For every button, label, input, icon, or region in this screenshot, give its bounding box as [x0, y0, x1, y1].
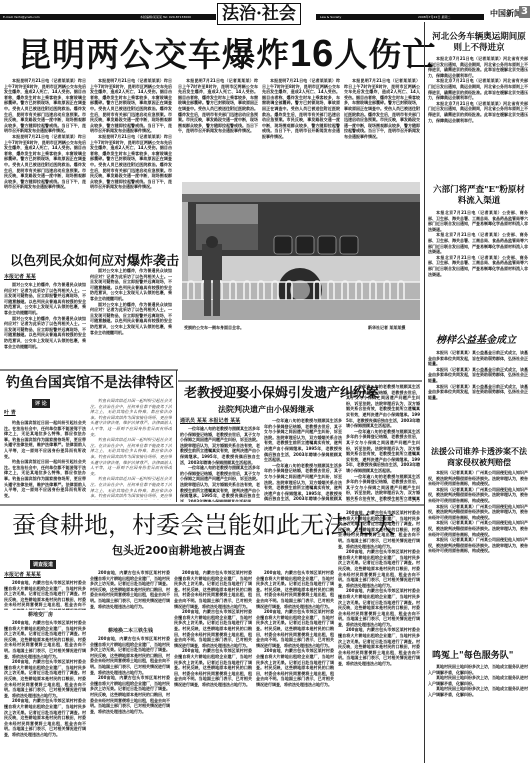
- section-title: 法治·社会: [217, 3, 301, 25]
- bottom-story-subsection-2: 耕地换二本三铁生钱: [108, 628, 153, 634]
- right-story-1-body: 本报北京7月21日电（记者某某某）河北省有关部门近日发出通知，奥运会期间，河北省…: [428, 56, 528, 176]
- lead-headline: 昆明两公交车爆炸16人伤亡: [18, 34, 436, 75]
- lead-story-col-4: 本报昆明7月21日电（记者某某某）昨日上午7时许至8时许，昆明市区两辆公交车先后…: [262, 78, 340, 176]
- israel-story-col-2: 面对公交车上的爆炸，作为普通民众该如何应对？记者为此采访了以色列相关人士。一旦发…: [90, 268, 172, 354]
- right-story-4-headline: 法援公司谁养卡透涉案不法商家侵权被判赔偿: [430, 446, 528, 468]
- page-number: 3: [519, 6, 530, 18]
- bottom-story-col-1b: 200亩地，内蒙古包头市郊区某村村委会擅自将大片耕地出租给企业建厂，当地村民多次…: [4, 620, 86, 760]
- masthead-right-bar: Law & Society 2008年7月22日 星期二: [316, 14, 484, 20]
- israel-story-col-1: 面对公交车上的爆炸，作为普通民众该如何应对？记者为此采访了以色列相关人士。一旦发…: [4, 282, 86, 354]
- photo-illustration: [182, 182, 420, 320]
- bottom-story-byline: 本报记者 某某某: [4, 572, 41, 578]
- story-2-subhead: 法院判决遗产由小保姆继承: [218, 404, 314, 415]
- bottom-story-col-1a: 200亩地，内蒙古包头市郊区某村村委会擅自将大片耕地出租给企业建厂，当地村民多次…: [4, 580, 86, 610]
- masthead-email: E-mail: fazhi@ycwb.com: [3, 15, 40, 19]
- bottom-story-subsection-1: 耕地变厂房: [28, 612, 53, 618]
- story-2-col-1: 一位年逾八旬的老教授与照顾其生活多年的小保姆登记结婚，老教授去世后，其子女与小保…: [180, 426, 260, 502]
- lead-story-col-2: 本报昆明7月21日电（记者某某某）昨日上午7时许至8时许，昆明市区两辆公交车先后…: [90, 78, 172, 226]
- lead-headline-part1: 昆明两公交车爆炸: [18, 35, 290, 74]
- divider-bottom-story: [0, 504, 424, 506]
- lead-headline-part2: 人伤亡: [334, 35, 436, 74]
- story-2-byline: 通讯员 某某 本报记者 某某: [180, 418, 240, 424]
- masthead-left-bar: E-mail: fazhi@ycwb.com 本版编辑/某某某 Tel: 020…: [0, 14, 216, 20]
- commentary-col-1: 钓鱼台国宾馆近日因一起纠纷引起社会关注。在法治社会中，任何单位都不能凌驾于法律之…: [4, 420, 86, 500]
- bus-explosion-photo: [182, 182, 420, 320]
- story-2-col-3: 一位年逾八旬的老教授与照顾其生活多年的小保姆登记结婚，老教授去世后，其子女与小保…: [346, 384, 420, 502]
- paper-logo: 中国新闻: [490, 8, 522, 19]
- photo-credit: 新华社记者 某某某摄: [368, 325, 405, 331]
- right-story-5-headline: 鸣冤上"每色服务队": [432, 650, 513, 662]
- lead-headline-number: 16: [290, 33, 334, 75]
- story-2-col-2: 一位年逾八旬的老教授与照顾其生活多年的小保姆登记结婚，老教授去世后，其子女与小保…: [264, 418, 342, 502]
- bottom-story-col-2a: 200亩地，内蒙古包头市郊区某村村委会擅自将大片耕地出租给企业建厂，当地村民多次…: [90, 570, 170, 626]
- issue-date: 2008年7月22日 星期二: [418, 15, 450, 19]
- lead-story-col-5: 本报昆明7月21日电（记者某某某）昨日上午7时许至8时许，昆明市区两辆公交车先后…: [344, 78, 420, 176]
- bottom-story-tag: 调查报道: [30, 560, 56, 569]
- right-story-1-headline: 河北公务车辆奥运期间原则上不得进京: [430, 32, 528, 54]
- photo-caption: 受损的公交车一侧车身面目全非。: [184, 325, 244, 331]
- right-story-2-headline: 六部门将严查"E"粉原材料流入渠道: [430, 185, 528, 207]
- divider-story-2: [178, 380, 422, 382]
- right-story-4-body: 本报讯（记者某某某）广州某公司因侵犯他人知识产权，被法院判决赔偿原告经济损失。法…: [428, 470, 528, 650]
- section-english: Law & Society: [320, 15, 341, 19]
- right-story-2-body: 本报北京7月21日电（记者某某）公安部、商务部、卫生部、海关总署、工商总局、食品…: [428, 210, 528, 328]
- divider-commentary: [0, 369, 178, 371]
- bottom-story-col-4: 200亩地，内蒙古包头市郊区某村村委会擅自将大片耕地出租给企业建厂，当地村民多次…: [256, 570, 334, 760]
- right-story-3-headline: 榜样公益基金成立: [436, 334, 516, 347]
- commentary-headline: 钓鱼台国宾馆不是法律特区: [6, 374, 174, 392]
- masthead-editor-info: 本版编辑/某某某 Tel: 020-87133000: [140, 15, 191, 19]
- commentary-col-2: 钓鱼台国宾馆近日因一起纠纷引起社会关注。在法治社会中，任何单位都不能凌驾于法律之…: [90, 398, 172, 500]
- israel-story-byline: 本报记者 某某: [4, 274, 36, 280]
- commentary-author: 叶 青: [4, 410, 16, 416]
- column-rule-1: [176, 370, 177, 502]
- commentary-tag: 评 论: [32, 399, 50, 408]
- bottom-story-subhead: 包头近200亩耕地被占调查: [112, 542, 245, 558]
- bottom-story-col-3: 200亩地，内蒙古包头市郊区某村村委会擅自将大片耕地出租给企业建厂，当地村民多次…: [174, 570, 252, 760]
- right-story-3-body: 本报讯（记者某某）某公益基金日前正式成立，该基金由多家单位共同发起，旨在资助弱势…: [428, 350, 528, 442]
- right-story-5-body: 某地村民因土地纠纷多次上访，当地成立服务队进村入户调解矛盾，化解纠纷。某地村民因…: [428, 664, 528, 760]
- lead-story-col-3: 本报昆明7月21日电（记者某某某）昨日上午7时许至8时许，昆明市区两辆公交车先后…: [178, 78, 258, 176]
- column-rule-right: [424, 22, 425, 763]
- lead-story-col-1: 本报昆明7月21日电（记者某某某）昨日上午7时许至8时许，昆明市区两辆公交车先后…: [4, 78, 86, 226]
- bottom-story-col-5: 200亩地，内蒙古包头市郊区某村村委会擅自将大片耕地出租给企业建厂，当地村民多次…: [338, 510, 420, 760]
- bottom-story-col-2b: 200亩地，内蒙古包头市郊区某村村委会擅自将大片耕地出租给企业建厂，当地村民多次…: [90, 636, 170, 760]
